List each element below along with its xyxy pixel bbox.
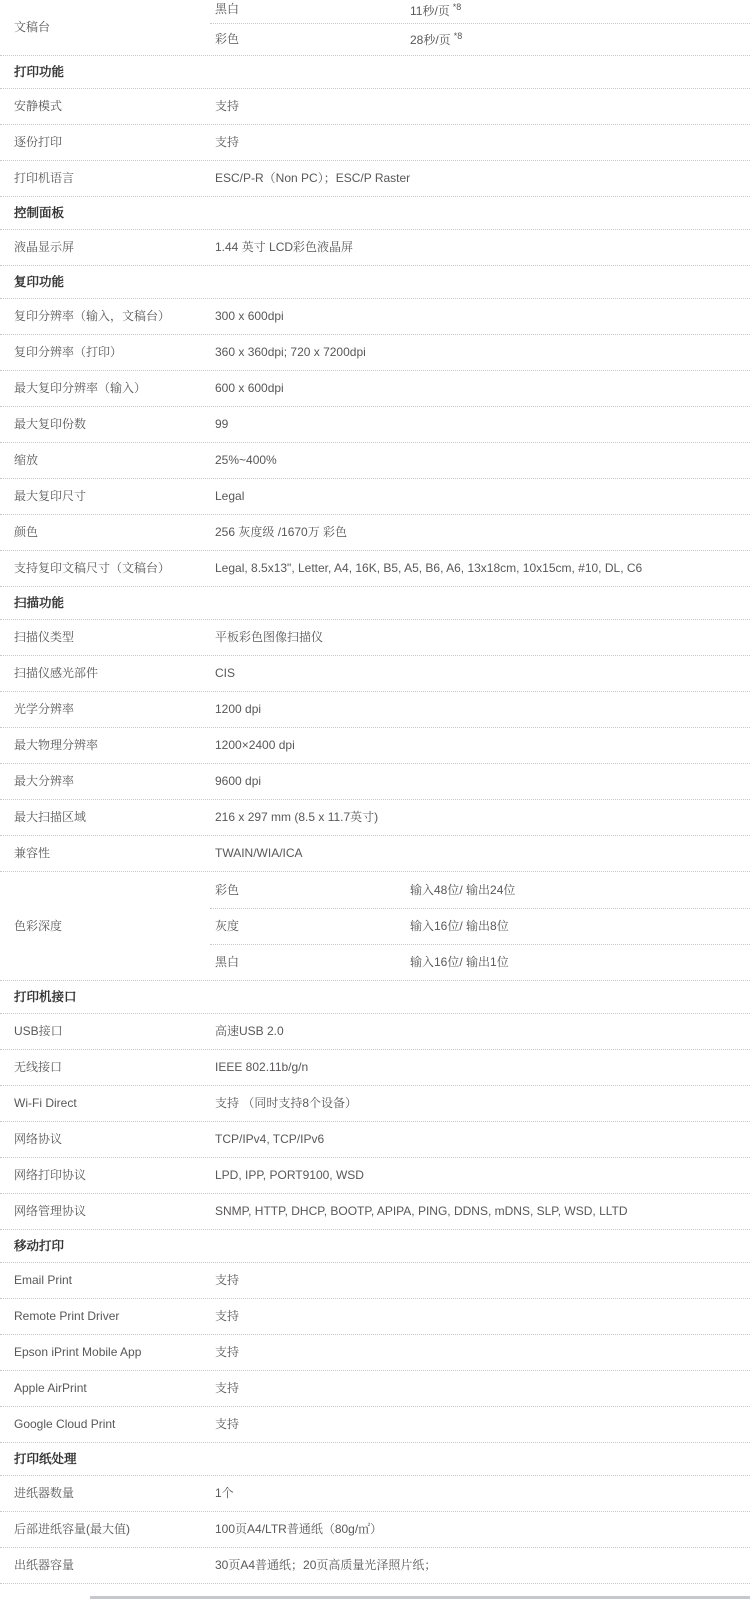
table-row: 兼容性TWAIN/WIA/ICA [0,836,750,872]
spec-label: 最大扫描区域 [0,810,210,824]
spec-label: Google Cloud Print [0,1417,210,1431]
spec-value: 256 灰度级 /1670万 彩色 [210,525,750,539]
spec-value: 300 x 600dpi [210,309,750,323]
spec-value: 30页A4普通纸；20页高质量光泽照片纸； [210,1558,750,1572]
spec-label: 网络打印协议 [0,1168,210,1182]
spec-value: 支持 [210,1417,750,1431]
spec-label: 安静模式 [0,99,210,113]
spec-value: Legal [210,489,750,503]
section-title: 移动打印 [0,1239,750,1254]
table-row: Google Cloud Print支持 [0,1407,750,1443]
spec-sub-value: 输入16位/ 输出1位 [405,955,750,969]
spec-value: Legal, 8.5x13", Letter, A4, 16K, B5, A5,… [210,561,750,575]
table-row: 最大分辨率9600 dpi [0,764,750,800]
section-title: 复印功能 [0,275,750,290]
spec-label: 无线接口 [0,1060,210,1074]
footnote-ref: *8 [454,31,463,41]
footnote-ref: *8 [453,2,462,12]
spec-sub-value-text: 28秒/页 [410,33,451,47]
spec-value: 1200 dpi [210,702,750,716]
table-row: Apple AirPrint支持 [0,1371,750,1407]
spec-group-subrows: 黑白 11秒/页*8 彩色 28秒/页*8 [210,0,750,55]
table-row: 扫描仪感光部件CIS [0,656,750,692]
table-row: Remote Print Driver支持 [0,1299,750,1335]
spec-sub-row: 黑白 输入16位/ 输出1位 [210,944,750,980]
section-title: 打印功能 [0,65,750,80]
table-row: 复印分辨率（输入，文稿台）300 x 600dpi [0,299,750,335]
table-row: USB接口高速USB 2.0 [0,1014,750,1050]
table-row: 液晶显示屏1.44 英寸 LCD彩色液晶屏 [0,230,750,266]
section-header: 打印机接口 [0,981,750,1014]
table-row: Email Print支持 [0,1263,750,1299]
spec-value: 平板彩色图像扫描仪 [210,630,750,644]
table-row: 网络管理协议SNMP, HTTP, DHCP, BOOTP, APIPA, PI… [0,1194,750,1230]
spec-value: 支持 [210,1381,750,1395]
spec-value: 99 [210,417,750,431]
table-row: Wi-Fi Direct支持 （同时支持8个设备） [0,1086,750,1122]
table-row: 出纸器容量30页A4普通纸；20页高质量光泽照片纸； [0,1548,750,1584]
spec-label: 网络管理协议 [0,1204,210,1218]
table-row: 颜色256 灰度级 /1670万 彩色 [0,515,750,551]
spec-group-label: 色彩深度 [0,872,210,980]
spec-value: 支持 [210,99,750,113]
spec-label: 逐份打印 [0,135,210,149]
spec-label: 进纸器数量 [0,1486,210,1500]
spec-sub-label: 黑白 [210,955,405,969]
spec-label: 最大分辨率 [0,774,210,788]
spec-value: 360 x 360dpi; 720 x 7200dpi [210,345,750,359]
spec-label: 液晶显示屏 [0,240,210,254]
spec-sub-label: 黑白 [210,2,405,16]
spec-label: 缩放 [0,453,210,467]
table-row: 缩放25%~400% [0,443,750,479]
section-title: 打印机接口 [0,990,750,1005]
spec-sub-row: 黑白 11秒/页*8 [210,0,750,23]
spec-label: Wi-Fi Direct [0,1096,210,1110]
spec-label: Epson iPrint Mobile App [0,1345,210,1359]
table-row: 复印分辨率（打印）360 x 360dpi; 720 x 7200dpi [0,335,750,371]
spec-sub-row: 彩色 输入48位/ 输出24位 [210,872,750,908]
spec-sub-value: 11秒/页*8 [405,2,750,18]
spec-group-row: 色彩深度 彩色 输入48位/ 输出24位 灰度 输入16位/ 输出8位 黑白 输… [0,872,750,981]
spec-value: 9600 dpi [210,774,750,788]
table-row: 最大扫描区域216 x 297 mm (8.5 x 11.7英寸) [0,800,750,836]
spec-label: 兼容性 [0,846,210,860]
spec-label: 复印分辨率（打印） [0,345,210,359]
spec-label: 出纸器容量 [0,1558,210,1572]
spec-value: 100页A4/LTR普通纸（80g/㎡） [210,1522,750,1536]
table-row: 无线接口IEEE 802.11b/g/n [0,1050,750,1086]
spec-group-row: 文稿台 黑白 11秒/页*8 彩色 28秒/页*8 [0,0,750,56]
section-header: 复印功能 [0,266,750,299]
spec-sub-label: 彩色 [210,883,405,897]
spec-label: 光学分辨率 [0,702,210,716]
table-row: 进纸器数量1个 [0,1476,750,1512]
spec-sub-row: 灰度 输入16位/ 输出8位 [210,908,750,944]
spec-value: 支持 [210,135,750,149]
spec-value: 支持 [210,1345,750,1359]
spec-label: 最大复印份数 [0,417,210,431]
spec-value: 216 x 297 mm (8.5 x 11.7英寸) [210,810,750,824]
spec-value: TWAIN/WIA/ICA [210,846,750,860]
spec-label: 后部进纸容量(最大值) [0,1522,210,1536]
spec-label: 颜色 [0,525,210,539]
spec-value: LPD, IPP, PORT9100, WSD [210,1168,750,1182]
table-row: 网络打印协议LPD, IPP, PORT9100, WSD [0,1158,750,1194]
spec-label: 网络协议 [0,1132,210,1146]
spec-label: Apple AirPrint [0,1381,210,1395]
table-row: 最大复印尺寸Legal [0,479,750,515]
spec-value: 高速USB 2.0 [210,1024,750,1038]
spec-label: 最大复印尺寸 [0,489,210,503]
spec-value: CIS [210,666,750,680]
spec-value: 1个 [210,1486,750,1500]
table-row: 安静模式支持 [0,89,750,125]
spec-value: 1.44 英寸 LCD彩色液晶屏 [210,240,750,254]
table-row: 后部进纸容量(最大值)100页A4/LTR普通纸（80g/㎡） [0,1512,750,1548]
spec-label: 扫描仪类型 [0,630,210,644]
table-row: 最大复印份数99 [0,407,750,443]
spec-value: 支持 [210,1273,750,1287]
spec-value: 25%~400% [210,453,750,467]
spec-sub-row: 彩色 28秒/页*8 [210,23,750,55]
section-header: 打印功能 [0,56,750,89]
table-row: Epson iPrint Mobile App支持 [0,1335,750,1371]
spec-label: Remote Print Driver [0,1309,210,1323]
section-header: 移动打印 [0,1230,750,1263]
section-header: 控制面板 [0,197,750,230]
spec-sub-label: 灰度 [210,919,405,933]
spec-value: 支持 [210,1309,750,1323]
spec-group-subrows: 彩色 输入48位/ 输出24位 灰度 输入16位/ 输出8位 黑白 输入16位/… [210,872,750,980]
spec-value: IEEE 802.11b/g/n [210,1060,750,1074]
section-header: 扫描功能 [0,587,750,620]
spec-value: ESC/P-R（Non PC）；ESC/P Raster [210,171,750,185]
spec-sub-value: 输入48位/ 输出24位 [405,883,750,897]
spec-label: 打印机语言 [0,171,210,185]
spec-label: 支持复印文稿尺寸（文稿台） [0,561,210,575]
table-row: 光学分辨率1200 dpi [0,692,750,728]
spec-sub-value: 输入16位/ 输出8位 [405,919,750,933]
table-row: 打印机语言ESC/P-R（Non PC）；ESC/P Raster [0,161,750,197]
spec-value: 支持 （同时支持8个设备） [210,1096,750,1110]
spec-label: 复印分辨率（输入，文稿台） [0,309,210,323]
table-row: 网络协议TCP/IPv4, TCP/IPv6 [0,1122,750,1158]
spec-label: USB接口 [0,1024,210,1038]
spec-label: 扫描仪感光部件 [0,666,210,680]
spec-value: TCP/IPv4, TCP/IPv6 [210,1132,750,1146]
section-title: 扫描功能 [0,596,750,611]
printer-spec-table: 文稿台 黑白 11秒/页*8 彩色 28秒/页*8 打印功能 安静模式支持 逐份… [0,0,750,1584]
table-row: 最大物理分辨率1200×2400 dpi [0,728,750,764]
section-header: 打印纸处理 [0,1443,750,1476]
spec-sub-value-text: 11秒/页 [410,4,450,18]
spec-label: 最大物理分辨率 [0,738,210,752]
table-row: 扫描仪类型平板彩色图像扫描仪 [0,620,750,656]
table-row: 逐份打印支持 [0,125,750,161]
table-row: 最大复印分辨率（输入）600 x 600dpi [0,371,750,407]
spec-sub-label: 彩色 [210,32,405,46]
section-title: 打印纸处理 [0,1452,750,1467]
spec-sub-value: 28秒/页*8 [405,31,750,47]
spec-label: 最大复印分辨率（输入） [0,381,210,395]
spec-group-label: 文稿台 [0,0,210,55]
section-title: 控制面板 [0,206,750,221]
table-row: 支持复印文稿尺寸（文稿台）Legal, 8.5x13", Letter, A4,… [0,551,750,587]
spec-value: 600 x 600dpi [210,381,750,395]
spec-value: SNMP, HTTP, DHCP, BOOTP, APIPA, PING, DD… [210,1204,750,1218]
spec-label: Email Print [0,1273,210,1287]
spec-value: 1200×2400 dpi [210,738,750,752]
